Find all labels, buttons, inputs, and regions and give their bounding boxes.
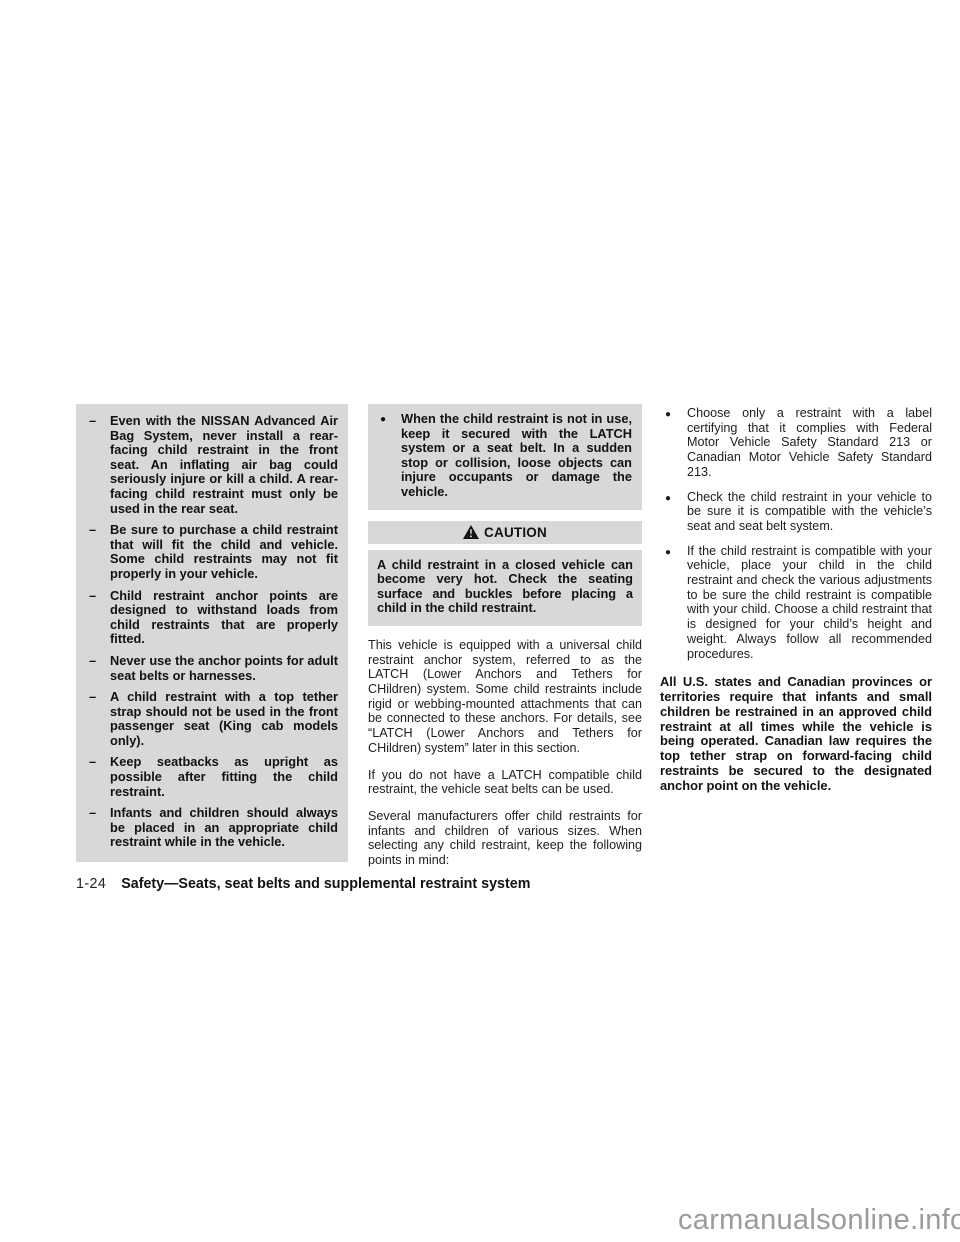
- left-column: – Even with the NISSAN Advanced Air Bag …: [76, 404, 348, 862]
- warning-list-item: – Never use the anchor points for adult …: [86, 654, 338, 683]
- bullet-text: Check the child restraint in your vehicl…: [687, 490, 932, 533]
- bullet-list-item: ● If the child restraint is compatible w…: [660, 544, 932, 662]
- disc-bullet: ●: [380, 413, 386, 428]
- disc-bullet: ●: [665, 408, 671, 423]
- dash-bullet: –: [89, 414, 96, 429]
- section-title: Safety—Seats, seat belts and supplementa…: [121, 876, 530, 892]
- warning-text: Infants and children should always be pl…: [110, 805, 338, 849]
- warning-text: Be sure to purchase a child restraint th…: [110, 522, 338, 581]
- body-paragraph: This vehicle is equipped with a universa…: [368, 638, 642, 756]
- warning-list-item: – Infants and children should always be …: [86, 806, 338, 850]
- bullet-text: Choose only a restraint with a label cer…: [687, 406, 932, 479]
- body-paragraph: If you do not have a LATCH compatible ch…: [368, 768, 642, 797]
- caution-header: CAUTION: [368, 521, 642, 544]
- warning-text: Even with the NISSAN Advanced Air Bag Sy…: [110, 413, 338, 516]
- right-column: ● Choose only a restraint with a label c…: [660, 404, 932, 807]
- latch-storage-warning-box: ● When the child restraint is not in use…: [368, 404, 642, 510]
- bullet-text: If the child restraint is compatible wit…: [687, 544, 932, 661]
- warning-triangle-icon: [463, 525, 479, 539]
- warning-text: A child restraint with a top tether stra…: [110, 689, 338, 748]
- child-restraint-warning-box: – Even with the NISSAN Advanced Air Bag …: [76, 404, 348, 862]
- dash-bullet: –: [89, 806, 96, 821]
- disc-bullet: ●: [665, 492, 671, 507]
- bullet-list-item: ● Choose only a restraint with a label c…: [660, 406, 932, 480]
- legal-requirement-paragraph: All U.S. states and Canadian provinces o…: [660, 675, 932, 793]
- dash-bullet: –: [89, 589, 96, 604]
- warning-text: Child restraint anchor points are design…: [110, 588, 338, 647]
- dash-bullet: –: [89, 755, 96, 770]
- page-footer: 1-24Safety—Seats, seat belts and supplem…: [76, 876, 530, 892]
- warning-text: Keep seatbacks as upright as possible af…: [110, 754, 338, 798]
- warning-text: Never use the anchor points for adult se…: [110, 653, 338, 683]
- body-paragraph: Several manufacturers offer child restra…: [368, 809, 642, 868]
- bullet-list-item: ● Check the child restraint in your vehi…: [660, 490, 932, 534]
- warning-list-item: – Even with the NISSAN Advanced Air Bag …: [86, 414, 338, 516]
- warning-list-item: – Be sure to purchase a child restraint …: [86, 523, 338, 581]
- warning-list-item: – Child restraint anchor points are desi…: [86, 589, 338, 647]
- dash-bullet: –: [89, 523, 96, 538]
- caution-body: A child restraint in a closed vehicle ca…: [368, 550, 642, 626]
- watermark-text: carmanualsonline.info: [678, 1204, 960, 1237]
- caution-label: CAUTION: [484, 525, 547, 540]
- dash-bullet: –: [89, 690, 96, 705]
- warning-list-item: – Keep seatbacks as upright as possible …: [86, 755, 338, 799]
- warning-list-item: ● When the child restraint is not in use…: [378, 412, 632, 500]
- disc-bullet: ●: [665, 546, 671, 561]
- warning-list-item: – A child restraint with a top tether st…: [86, 690, 338, 748]
- dash-bullet: –: [89, 654, 96, 669]
- warning-text: When the child restraint is not in use, …: [401, 411, 632, 499]
- middle-column: ● When the child restraint is not in use…: [368, 404, 642, 868]
- manual-page: – Even with the NISSAN Advanced Air Bag …: [0, 0, 960, 1242]
- page-number: 1-24: [76, 876, 106, 892]
